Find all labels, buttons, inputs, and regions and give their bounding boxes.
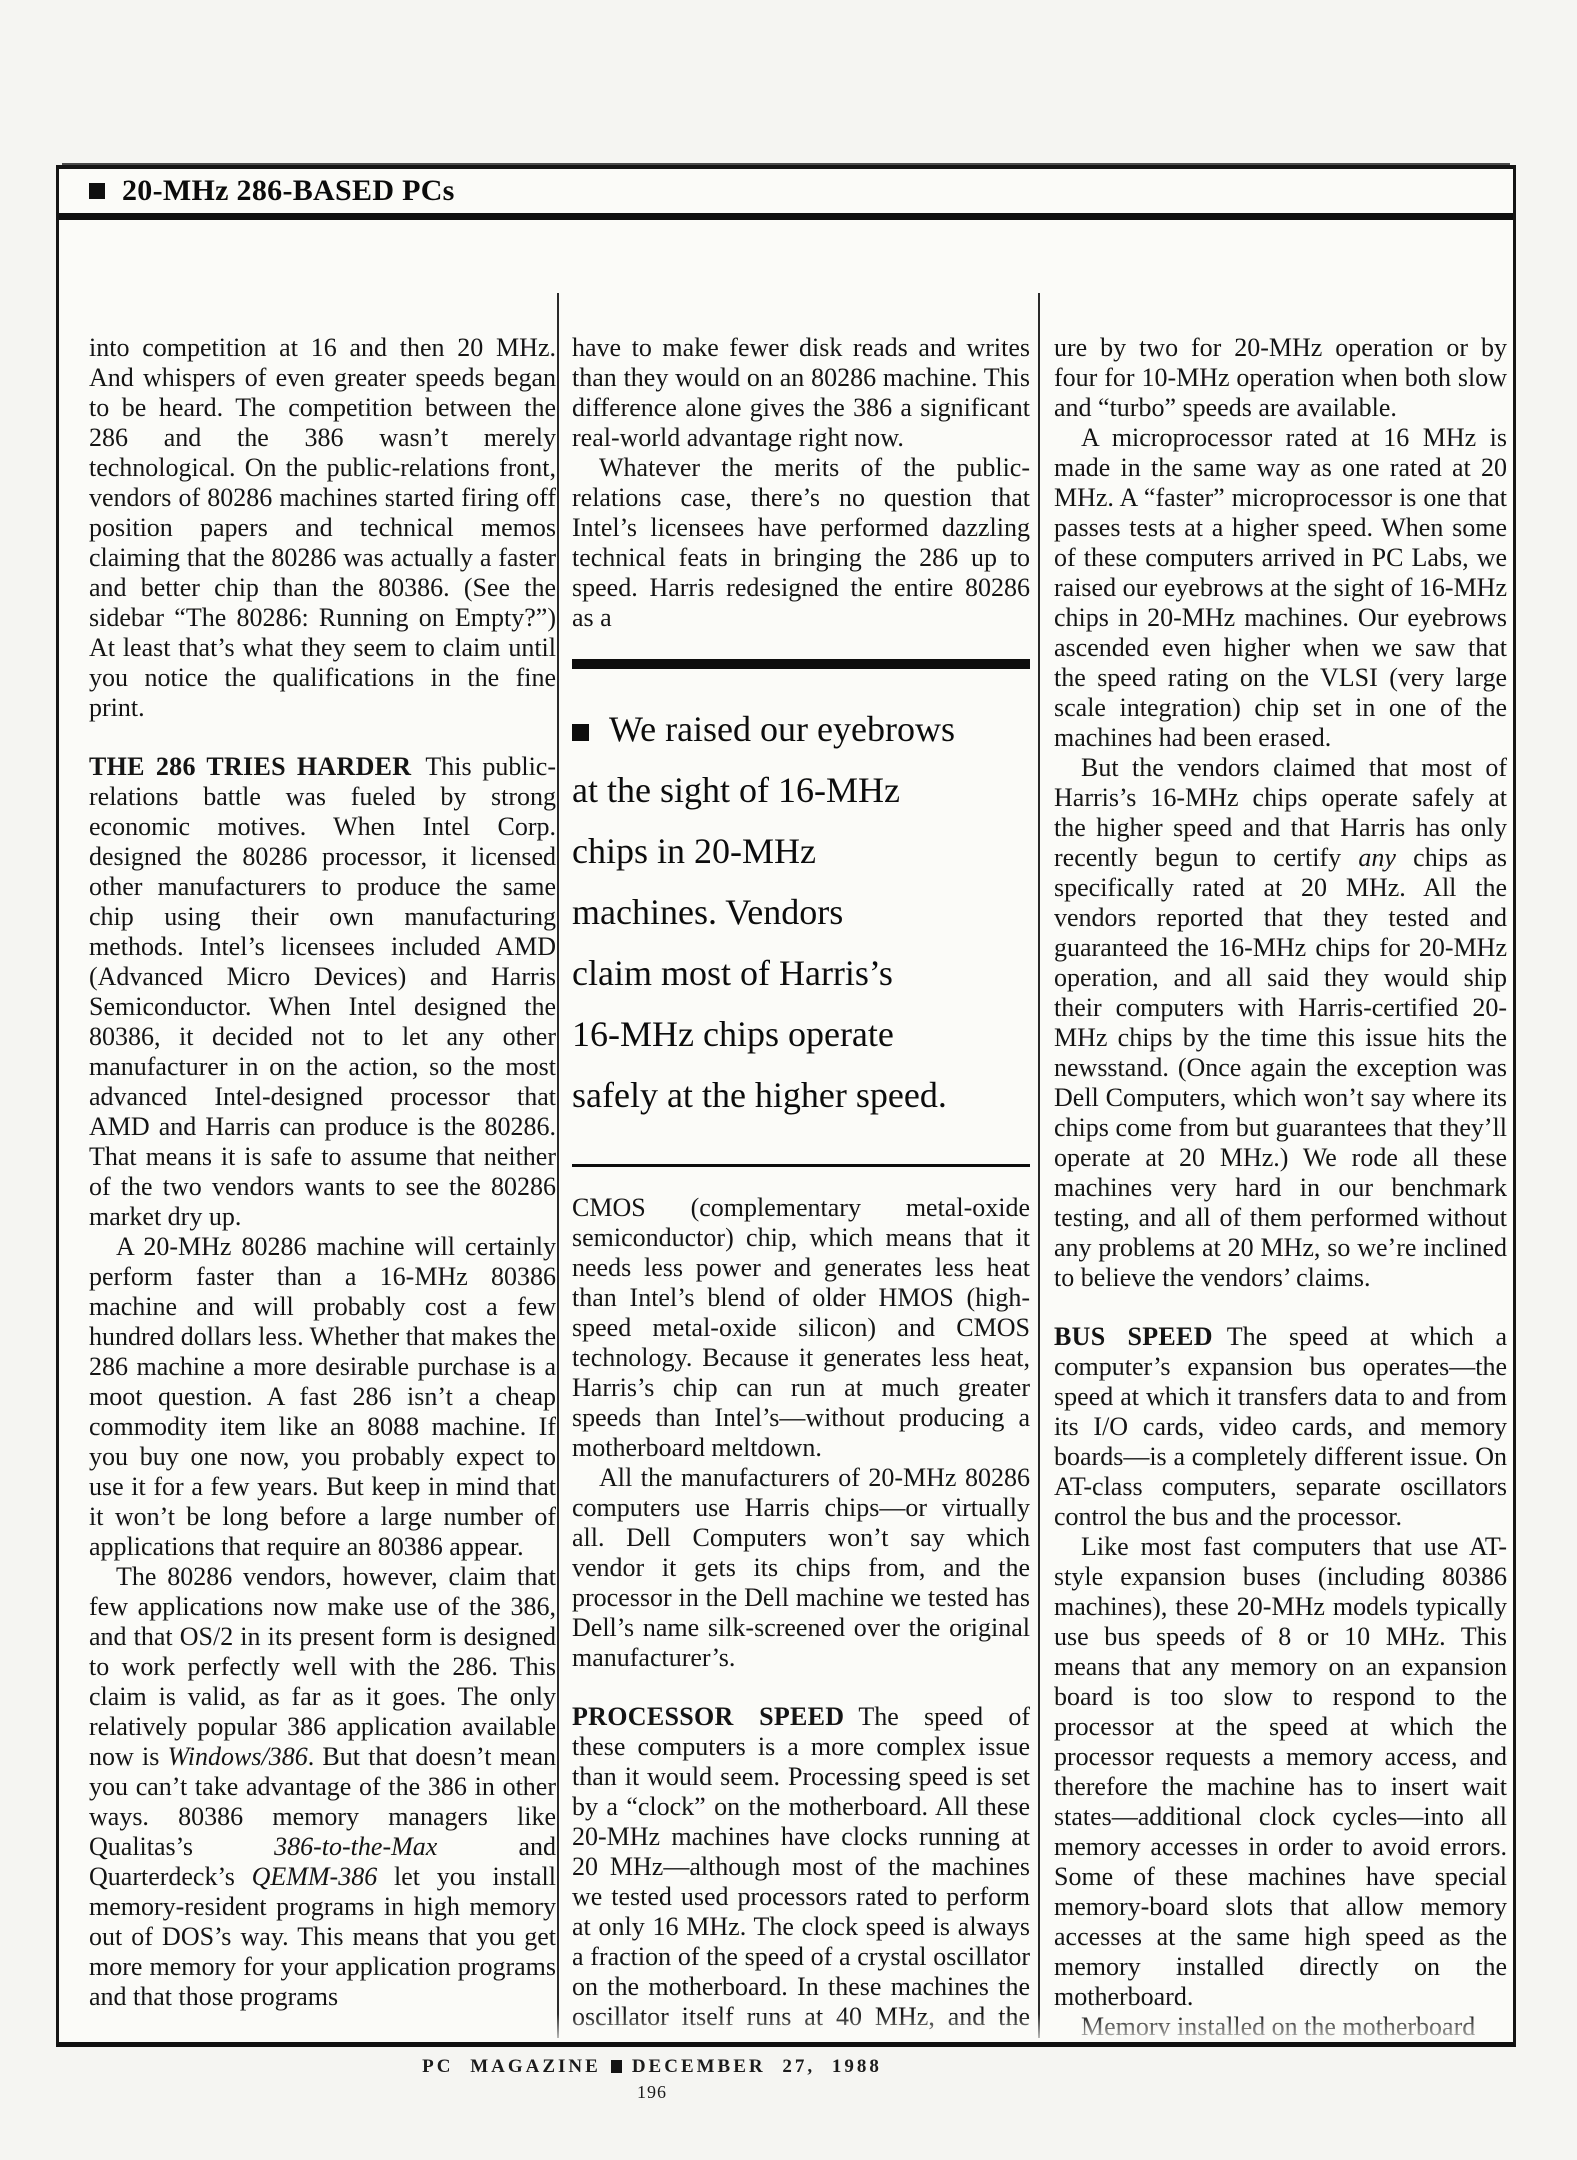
pull-quote-line: claim most of Harris’s [572,943,1028,1004]
magazine-page: 20-MHz 286-BASED PCs into competition at… [56,165,1516,2047]
page-footer: PC MAGAZINEDECEMBER 27, 1988 196 [0,2056,1304,2103]
section-heading: THE 286 TRIES HARDER [89,752,411,781]
pull-quote: We raised our eyebrowsat the sight of 16… [572,659,1030,1167]
column-right: ure by two for 20-MHz operation or by fo… [1054,227,1507,2036]
paragraph: All the manufacturers of 20-MHz 80286 co… [572,1463,1030,1673]
quote-square-icon [572,724,589,741]
paragraph: A 20-MHz 80286 machine will certainly pe… [89,1232,556,1562]
section-paragraph: PROCESSOR SPEEDThe speed of these comput… [572,1702,1030,2036]
column-middle: have to make fewer disk reads and writes… [572,227,1030,2036]
page-title: 20-MHz 286-BASED PCs [122,174,455,208]
paragraph: A microprocessor rated at 16 MHz is made… [1054,423,1507,753]
footer-square-icon [611,2060,622,2073]
footer-date: DECEMBER 27, 1988 [632,2056,882,2077]
footer-line: PC MAGAZINEDECEMBER 27, 1988 [0,2056,1304,2078]
section-heading: PROCESSOR SPEED [572,1702,844,1731]
pull-quote-line: chips in 20-MHz [572,821,1028,882]
paragraph: Like most fast computers that use AT-sty… [1054,1532,1507,2012]
footer-page-number: 196 [0,2082,1304,2103]
header-square-icon [89,183,105,199]
pull-quote-line: We raised our eyebrows [572,699,1028,760]
pull-quote-line: safely at the higher speed. [572,1065,1028,1126]
column-divider-1 [557,293,559,2038]
section-paragraph: BUS SPEEDThe speed at which a computer’s… [1054,1322,1507,1532]
pull-quote-line: machines. Vendors [572,882,1028,943]
article-content: into competition at 16 and then 20 MHz. … [59,227,1513,2042]
paragraph: into competition at 16 and then 20 MHz. … [89,333,556,723]
section-paragraph: THE 286 TRIES HARDERThis public-relation… [89,752,556,1232]
pull-quote-line: at the sight of 16-MHz [572,760,1028,821]
paragraph: Whatever the merits of the public-relati… [572,453,1030,633]
paragraph: have to make fewer disk reads and writes… [572,333,1030,453]
paragraph: Memory installed on the motherboard [1054,2012,1507,2036]
paragraph: But the vendors claimed that most of Har… [1054,753,1507,1293]
pull-quote-line: 16-MHz chips operate [572,1004,1028,1065]
footer-magazine: PC MAGAZINE [422,2056,601,2077]
section-heading: BUS SPEED [1054,1322,1213,1351]
column-left: into competition at 16 and then 20 MHz. … [89,227,556,2036]
column-divider-2 [1038,293,1040,2038]
paragraph: The 80286 vendors, however, claim that f… [89,1562,556,2012]
paragraph: ure by two for 20-MHz operation or by fo… [1054,333,1507,423]
page-header: 20-MHz 286-BASED PCs [59,169,1513,220]
paragraph: CMOS (complementary metal-oxide semicond… [572,1193,1030,1463]
